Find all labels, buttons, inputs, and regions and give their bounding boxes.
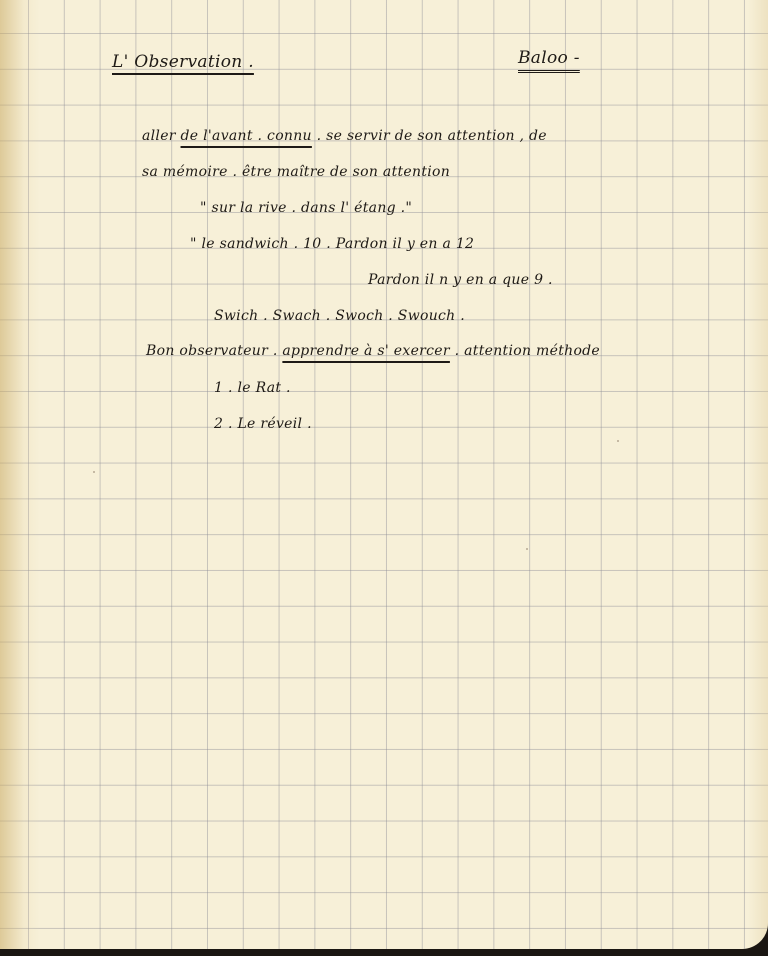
text-line-1: aller de l'avant . connu . se servir de …	[142, 128, 547, 144]
text-line-2: sa mémoire . être maître de son attentio…	[142, 164, 450, 180]
paper-speck	[93, 471, 95, 473]
author-name: Baloo -	[518, 48, 580, 68]
binding-shadow	[0, 0, 40, 949]
text-line-4: " le sandwich . 10 . Pardon il y en a 12	[190, 236, 474, 252]
page-title: L' Observation .	[112, 52, 254, 72]
paper-speck	[617, 440, 619, 442]
text-line-9: 2 . Le réveil .	[214, 416, 312, 432]
text-line-5: Pardon il n y en a que 9 .	[368, 272, 553, 288]
page-edge-shadow	[748, 0, 768, 949]
text-line-8: 1 . le Rat .	[214, 380, 291, 396]
text-line-6: Swich . Swach . Swoch . Swouch .	[214, 308, 465, 324]
line-1-underlined: de l'avant . connu	[181, 128, 312, 144]
line-7-start: Bon observateur .	[146, 343, 282, 359]
line-1-start: aller	[142, 128, 181, 144]
paper-speck	[526, 548, 528, 550]
text-line-7: Bon observateur . apprendre à s' exercer…	[146, 343, 600, 359]
line-7-rest: . attention méthode	[450, 343, 600, 359]
text-line-3: " sur la rive . dans l' étang ."	[200, 200, 412, 216]
line-1-rest: . se servir de son attention , de	[312, 128, 547, 144]
notebook-page: L' Observation . Baloo - aller de l'avan…	[0, 0, 768, 949]
line-7-underlined: apprendre à s' exercer	[282, 343, 450, 359]
